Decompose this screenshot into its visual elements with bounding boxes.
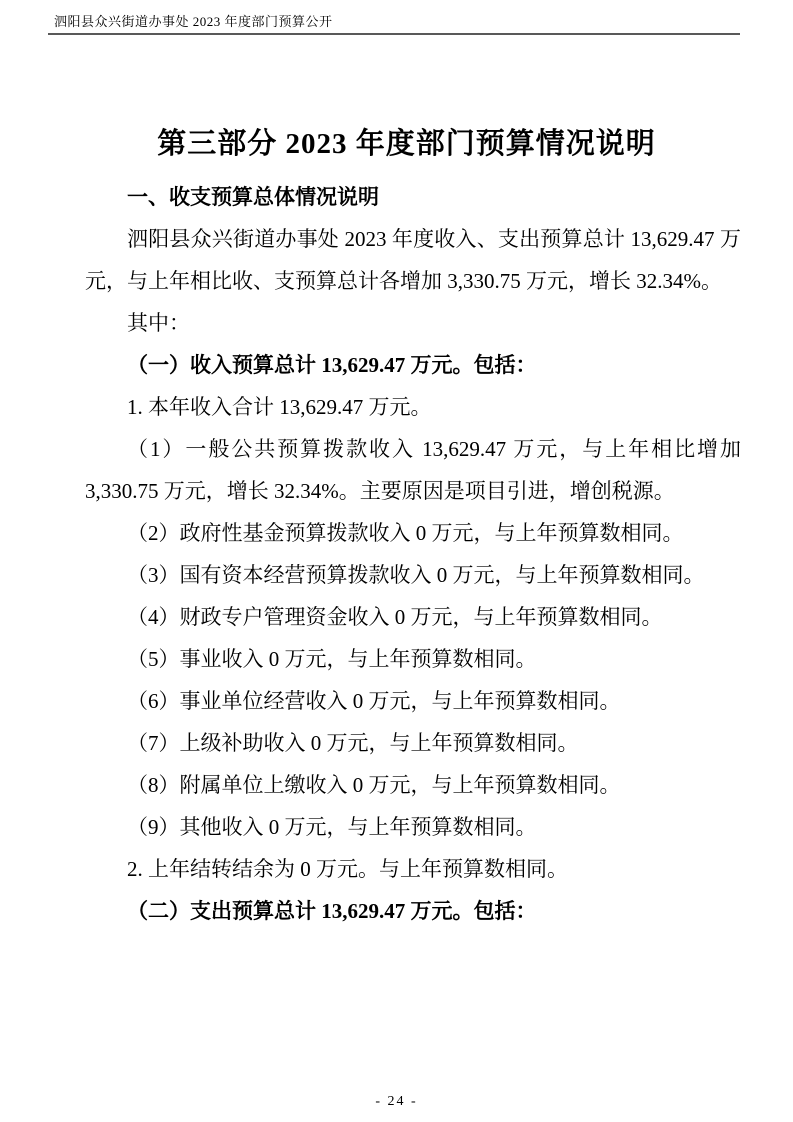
paragraph: 其中： [85,302,741,344]
section-heading: （一）收入预算总计 13,629.47 万元。包括： [85,344,741,386]
document-page: 泗阳县众兴街道办事处 2023 年度部门预算公开 第三部分 2023 年度部门预… [0,0,793,1122]
paragraph: 2. 上年结转结余为 0 万元。与上年预算数相同。 [85,848,741,890]
paragraph: （5）事业收入 0 万元，与上年预算数相同。 [85,638,741,680]
paragraph: 1. 本年收入合计 13,629.47 万元。 [85,386,741,428]
paragraph: （6）事业单位经营收入 0 万元，与上年预算数相同。 [85,680,741,722]
paragraph: （3）国有资本经营预算拨款收入 0 万元，与上年预算数相同。 [85,554,741,596]
document-body: 一、收支预算总体情况说明 泗阳县众兴街道办事处 2023 年度收入、支出预算总计… [85,176,741,932]
section-heading: （二）支出预算总计 13,629.47 万元。包括： [85,890,741,932]
page-number: - 24 - [375,1094,417,1109]
section-heading: 一、收支预算总体情况说明 [85,176,741,218]
document-title: 第三部分 2023 年度部门预算情况说明 [60,122,753,166]
paragraph: （2）政府性基金预算拨款收入 0 万元，与上年预算数相同。 [85,512,741,554]
header-rule [48,33,740,35]
page-header: 泗阳县众兴街道办事处 2023 年度部门预算公开 [54,13,740,31]
paragraph: （7）上级补助收入 0 万元，与上年预算数相同。 [85,722,741,764]
paragraph: （4）财政专户管理资金收入 0 万元，与上年预算数相同。 [85,596,741,638]
header-title: 泗阳县众兴街道办事处 2023 年度部门预算公开 [54,13,740,31]
page-footer: - 24 - [0,1092,793,1110]
paragraph: （1）一般公共预算拨款收入 13,629.47 万元，与上年相比增加 3,330… [85,428,741,512]
paragraph: 泗阳县众兴街道办事处 2023 年度收入、支出预算总计 13,629.47 万元… [85,218,741,302]
paragraph: （8）附属单位上缴收入 0 万元，与上年预算数相同。 [85,764,741,806]
paragraph: （9）其他收入 0 万元，与上年预算数相同。 [85,806,741,848]
